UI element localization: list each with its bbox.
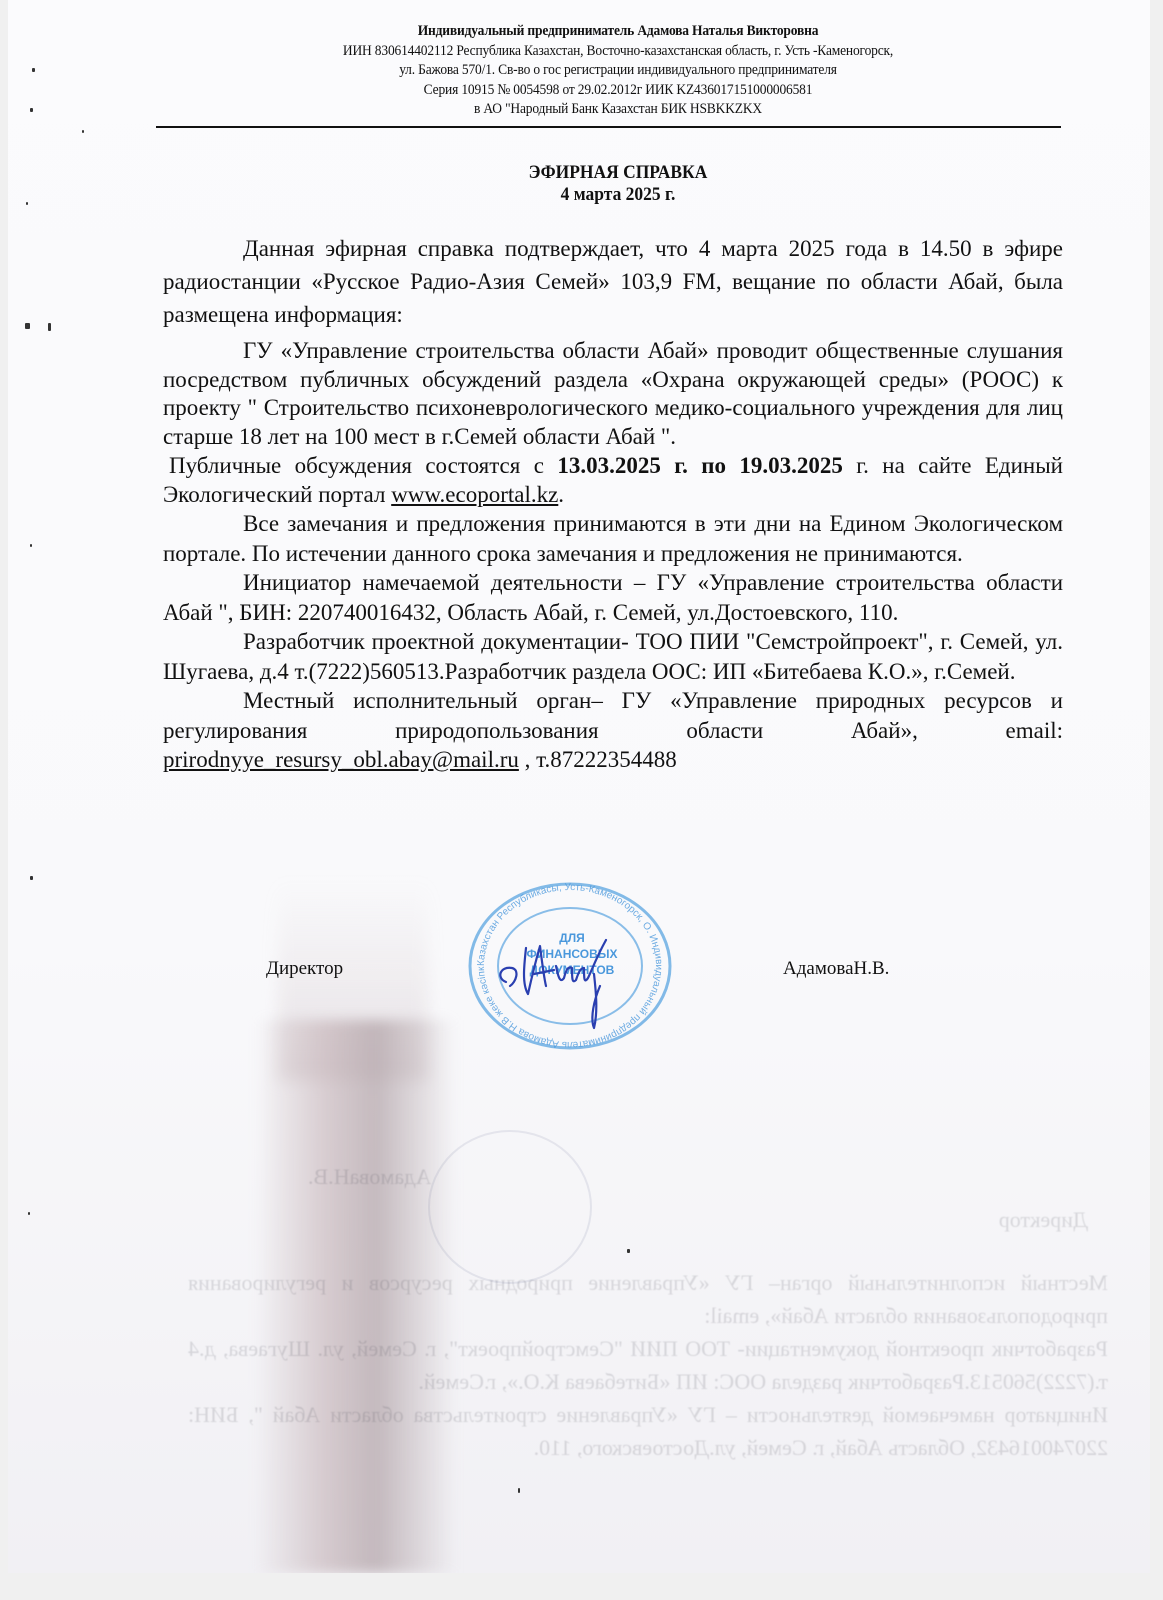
paragraph-comments: Все замечания и предложения принимаются …: [163, 509, 1063, 568]
document-title: ЭФИРНАЯ СПРАВКА 4 марта 2025 г.: [195, 162, 1041, 206]
letterhead-iin-address: ИИН 830614402112 Республика Казахстан, В…: [204, 42, 1032, 62]
official-stamp: Казахстан Республикасы, Усть-Каменогорск…: [466, 882, 674, 1050]
letterhead-registration: ул. Бажова 570/1. Св-во о гос регистраци…: [204, 61, 1032, 81]
paragraph-initiator: Инициатор намечаемой деятельности – ГУ «…: [163, 568, 1063, 627]
paragraph-local-authority: Местный исполнительный орган– ГУ «Управл…: [163, 686, 1063, 775]
ecoportal-link[interactable]: www.ecoportal.kz: [391, 482, 558, 507]
letterhead-bank: в АО "Народный Банк Казахстан БИК HSBKKZ…: [204, 100, 1032, 120]
paragraph-announcement: ГУ «Управление строительства области Аба…: [163, 337, 1063, 451]
stamp-center-line1: ДЛЯ: [559, 931, 585, 945]
title-date: 4 марта 2025 г.: [195, 184, 1041, 206]
letterhead-series: Серия 10915 № 0054598 от 29.02.2012г ИИК…: [204, 81, 1032, 101]
document-body: Данная эфирная справка подтверждает, что…: [163, 232, 1063, 775]
date-from: 13.03.2025 г.: [557, 453, 688, 478]
header-divider: [156, 126, 1061, 128]
paragraph-broadcast: Данная эфирная справка подтверждает, что…: [163, 232, 1063, 331]
document-page: АдамоваН.В. Директор Местный исполнитель…: [8, 0, 1150, 1573]
document-content: Индивидуальный предприниматель Адамова Н…: [8, 0, 1150, 1573]
signatory-name: АдамоваН.В.: [783, 958, 889, 980]
title-heading: ЭФИРНАЯ СПРАВКА: [195, 162, 1041, 184]
letterhead-owner: Индивидуальный предприниматель Адамова Н…: [204, 22, 1032, 42]
letterhead: Индивидуальный предприниматель Адамова Н…: [204, 22, 1032, 120]
date-to: 19.03.2025: [739, 453, 843, 478]
signatory-role: Директор: [266, 958, 343, 980]
paragraph-dates: Публичные обсуждения состоятся с 13.03.2…: [163, 451, 1063, 509]
paragraph-developer: Разработчик проектной документации- ТОО …: [163, 627, 1063, 686]
email-link[interactable]: prirodnyye_resursy_obl.abay@mail.ru: [163, 747, 519, 772]
